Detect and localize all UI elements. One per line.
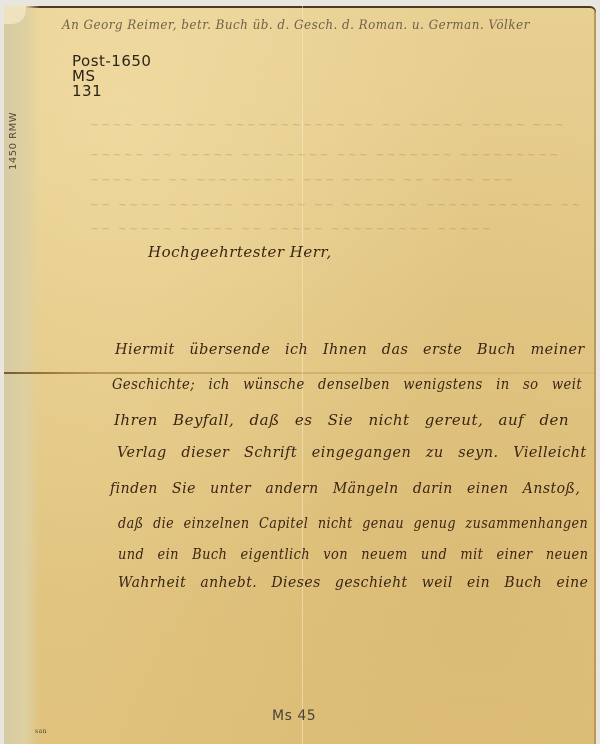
letter-body-line: finden Sie unter andern Mängeln darin ei…	[110, 479, 580, 497]
letter-body-line: Wahrheit anhebt. Dieses geschieht weil e…	[118, 573, 588, 591]
tiny-stamp-mark: san	[35, 728, 47, 735]
horizontal-fold-line	[4, 372, 596, 374]
catalog-mark-line3: 131	[72, 84, 102, 99]
archival-header-annotation: An Georg Reimer, betr. Buch üb. d. Gesch…	[62, 18, 530, 33]
salutation: Hochgeehrtester Herr,	[148, 243, 332, 261]
letter-body-line: Verlag dieser Schrift eingegangen zu sey…	[117, 443, 587, 461]
margin-note: 1450 RMW	[8, 112, 19, 170]
bleed-through-line: ~~ ~~~~~ ~~~~~ ~~ ~~~~~ ~~~~~~~~~ ~~~~~	[90, 222, 493, 235]
bleed-through-line: ~~~~ ~~ ~~ ~~~~~~~~~ ~~~ ~~~~~ ~~ ~~~~ ~…	[90, 173, 515, 186]
bleed-through-line: ~~~~~ ~~ ~~~~~ ~~~~~~~~ ~~~ ~~~~~~~ ~~~~…	[90, 148, 560, 161]
letter-body-line: Ihren Beyfall, daß es Sie nicht gereut, …	[114, 411, 569, 429]
letter-body-line: Geschichte; ich wünsche denselben wenigs…	[112, 375, 582, 393]
bleed-through-line: ~~ ~~~~ ~~~~~~ ~~~~~~ ~~ ~~~~~~~ ~~~~~ ~…	[90, 198, 583, 211]
letter-body-line: Hiermit übersende ich Ihnen das erste Bu…	[115, 340, 585, 358]
footer-manuscript-mark: Ms 45	[272, 708, 316, 724]
letter-body-line: daß die einzelnen Capitel nicht genau ge…	[118, 514, 588, 532]
bleed-through-line: ~~~~ ~~~~~~~ ~~~~~~~~~~~ ~~ ~~ ~~~~~ ~~~…	[90, 118, 566, 131]
letter-body-line: und ein Buch eigentlich von neuem und mi…	[118, 545, 588, 563]
